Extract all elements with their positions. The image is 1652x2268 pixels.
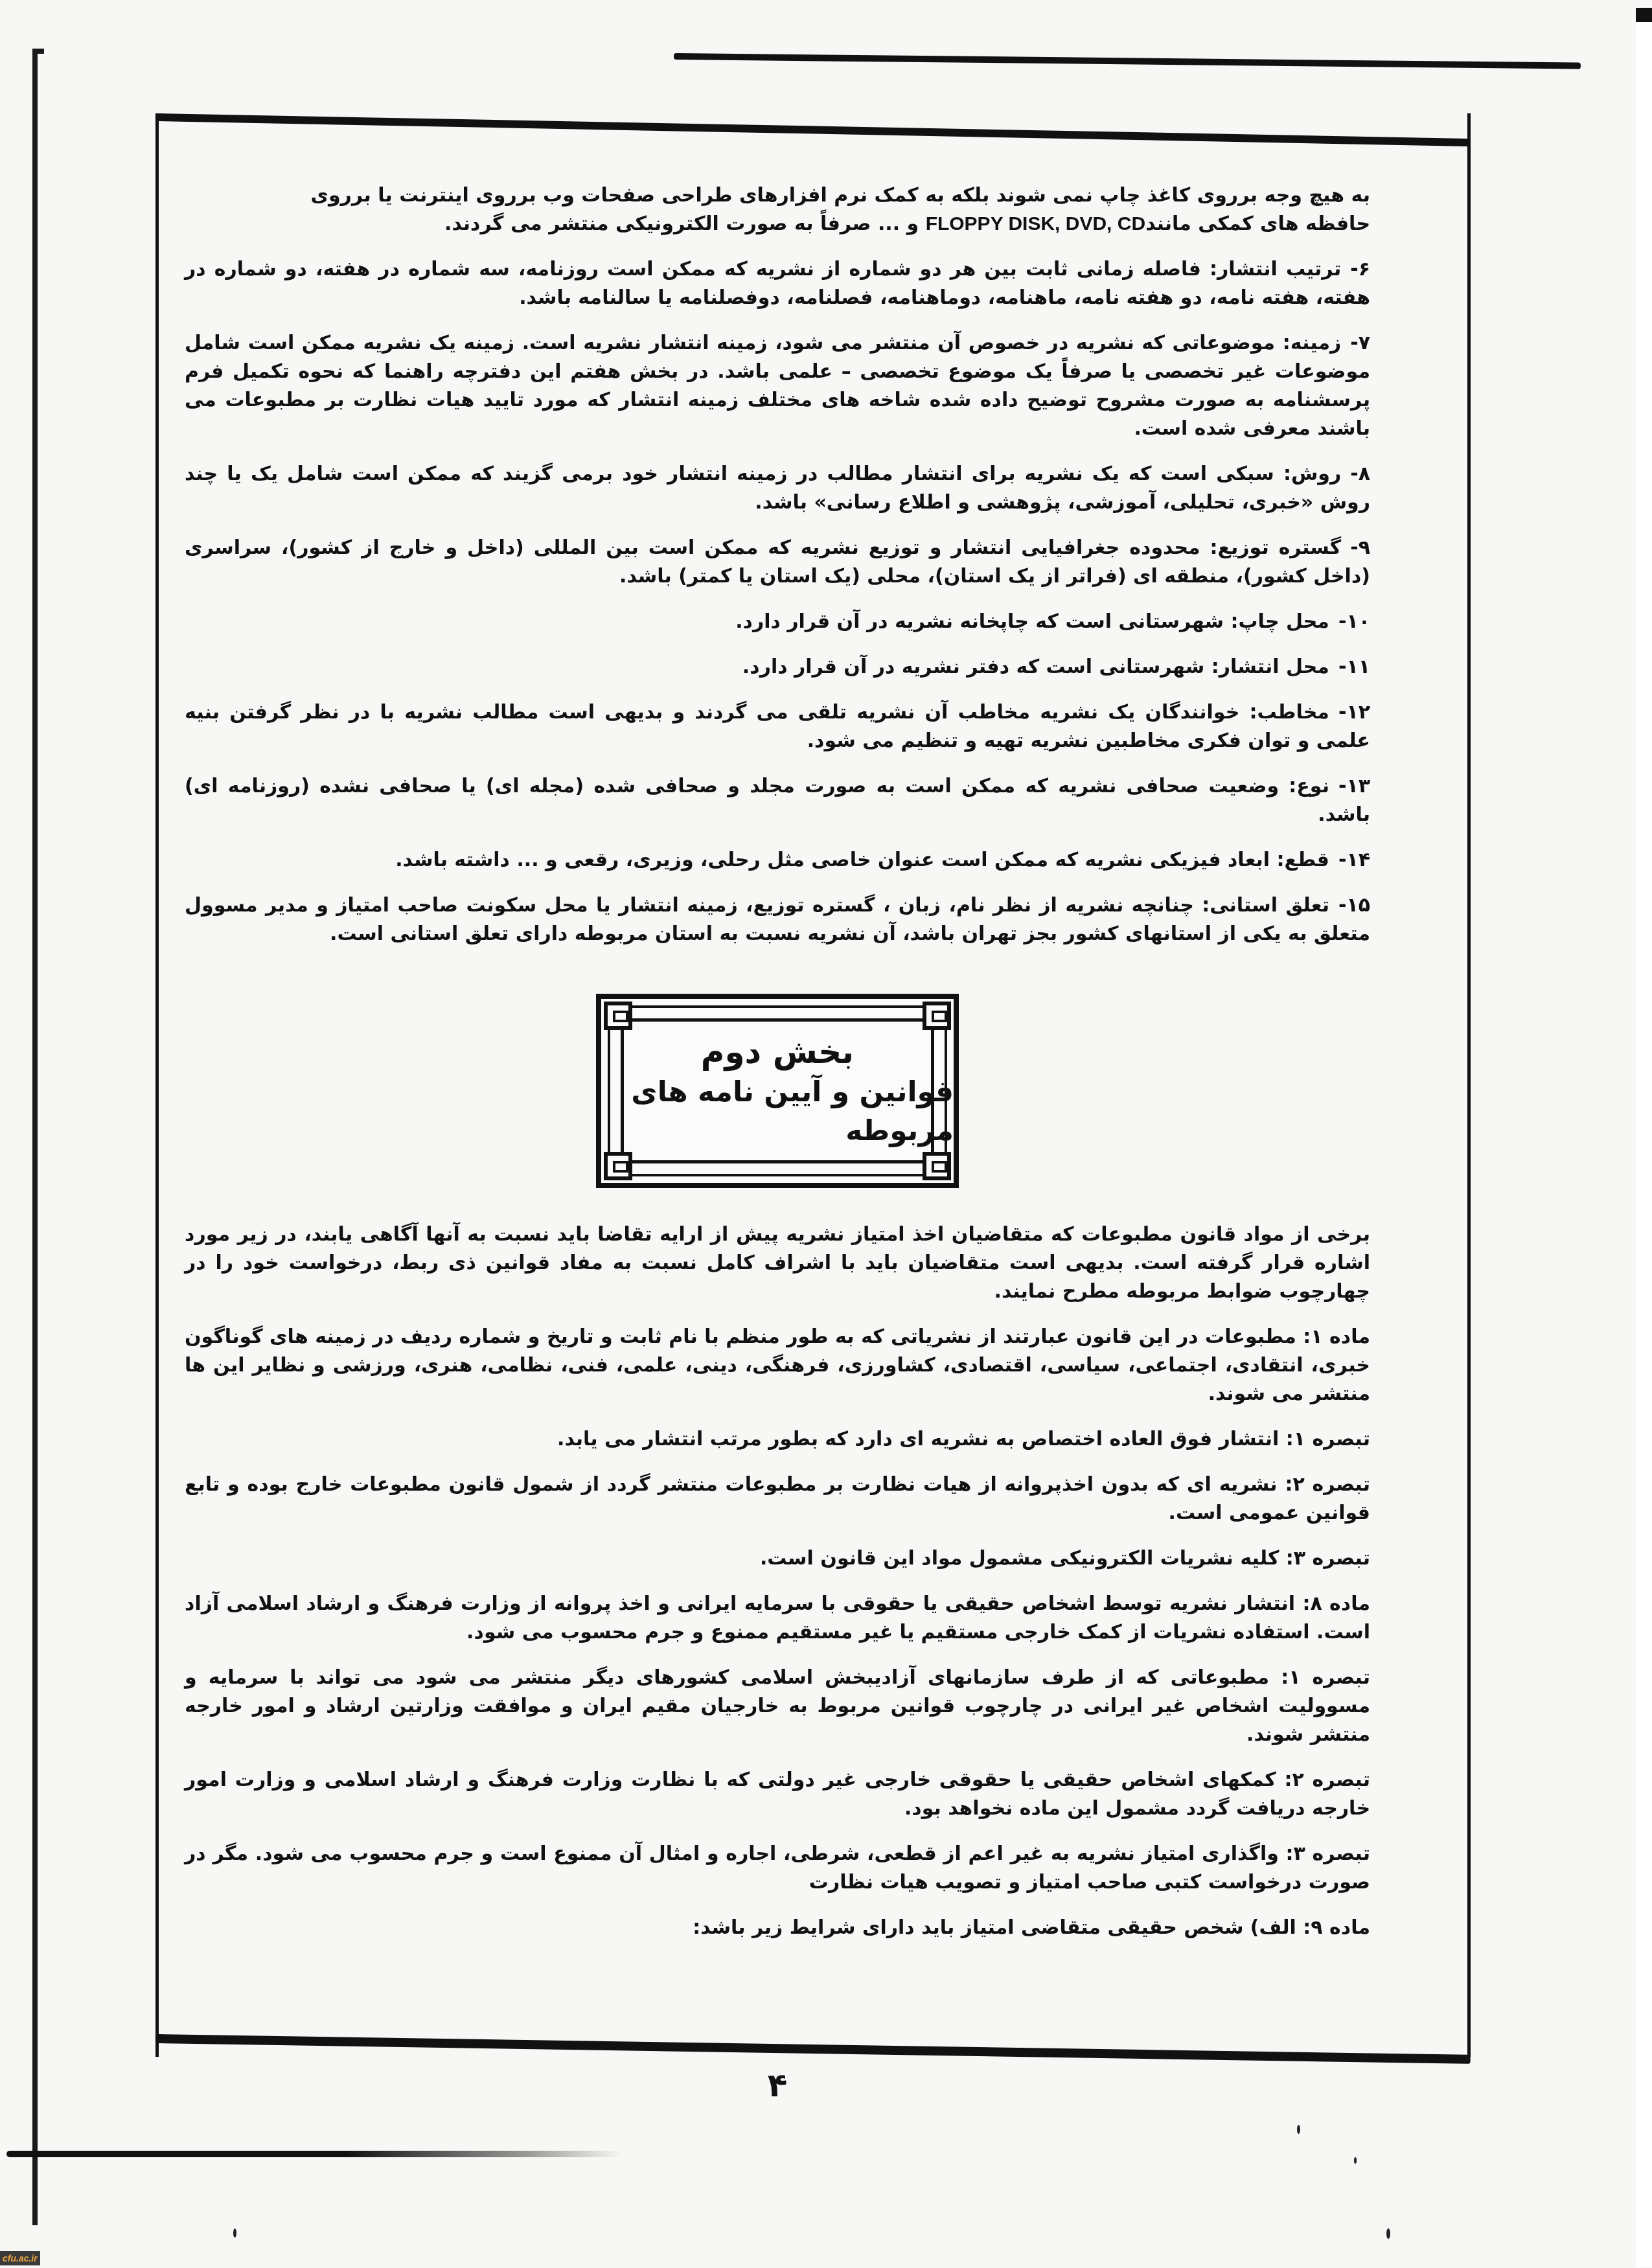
item-number: ۶-	[1350, 258, 1370, 281]
item-term: گستره توزیع:	[1210, 536, 1342, 559]
law-clause: تبصره ۳: واگذاری امتیاز نشریه به غیر اعم…	[185, 1840, 1370, 1897]
document-body: به هیچ وجه برروی کاغذ چاپ نمی شوند بلکه …	[185, 181, 1370, 1959]
item-number: ۸-	[1350, 463, 1370, 485]
item-term: قطع:	[1277, 849, 1329, 871]
item-term: مخاطب:	[1249, 701, 1329, 724]
clause-label: ماده ۸:	[1302, 1592, 1370, 1615]
clause-label: تبصره ۳:	[1286, 1547, 1370, 1570]
definition-item: ۷-زمینه: موضوعاتی که نشریه در خصوص آن من…	[185, 329, 1370, 443]
item-number: ۱۰-	[1338, 610, 1370, 633]
clause-text: انتشار نشریه توسط اشخاص حقیقی یا حقوقی ب…	[185, 1592, 1370, 1644]
intro-line-2-pre: حافظه های کمکی مانند	[1145, 212, 1370, 235]
law-clause: تبصره ۳: کلیه نشریات الکترونیکی مشمول مو…	[185, 1544, 1370, 1573]
bottom-rule-line	[6, 2151, 622, 2157]
item-text: چنانچه نشریه از نظر نام، زبان ، گستره تو…	[185, 894, 1370, 945]
definition-item: ۱۰-محل چاپ: شهرستانی است که چاپخانه نشری…	[185, 608, 1370, 636]
scan-left-edge-mark	[32, 49, 38, 2225]
item-term: نوع:	[1289, 775, 1329, 797]
clause-label: تبصره ۱:	[1286, 1428, 1370, 1450]
clause-text: مطبوعات در این قانون عبارتند از نشریاتی …	[185, 1325, 1370, 1405]
item-number: ۱۱-	[1338, 656, 1370, 678]
law-clause: ماده ۹: الف) شخص حقیقی متقاضی امتیاز بای…	[185, 1914, 1370, 1942]
scan-speck	[233, 2228, 236, 2238]
ornament-corner-icon	[604, 1002, 632, 1030]
item-term: روش:	[1283, 463, 1341, 485]
law-clause: تبصره ۱: انتشار فوق العاده اختصاص به نشر…	[185, 1425, 1370, 1454]
item-number: ۱۵-	[1338, 894, 1370, 917]
scan-speck	[1354, 2157, 1357, 2164]
item-text: فاصله زمانی ثابت بین هر دو شماره از نشری…	[185, 258, 1370, 309]
definition-item: ۱۳-نوع: وضعیت صحافی نشریه که ممکن است به…	[185, 772, 1370, 829]
item-text: محدوده جغرافیایی انتشار و توزیع نشریه که…	[185, 536, 1370, 588]
definition-item: ۱۵-تعلق استانی: چنانچه نشریه از نظر نام،…	[185, 891, 1370, 948]
definition-item: ۹-گستره توزیع: محدوده جغرافیایی انتشار و…	[185, 534, 1370, 591]
section-subtitle: قوانین و آیین نامه های مربوطه	[601, 1073, 954, 1151]
ornament-corner-icon	[604, 1152, 632, 1180]
law-clause: تبصره ۲: نشریه ای که بدون اخذپروانه از ه…	[185, 1471, 1370, 1528]
item-text: شهرستانی است که چاپخانه نشریه در آن قرار…	[735, 610, 1230, 633]
clause-label: تبصره ۱:	[1281, 1666, 1370, 1689]
intro-line-2-post: و ... صرفاً به صورت الکترونیکی منتشر می …	[444, 212, 926, 235]
clause-text: کمکهای اشخاص حقیقی یا حقوقی خارجی غیر دو…	[185, 1769, 1370, 1820]
clause-label: ماده ۱:	[1303, 1325, 1370, 1348]
item-number: ۷-	[1350, 332, 1370, 354]
item-text: موضوعاتی که نشریه در خصوص آن منتشر می شو…	[185, 332, 1370, 440]
scan-speck	[1297, 2125, 1300, 2134]
intro-line-2-media: FLOPPY DISK, DVD, CD	[926, 213, 1146, 235]
watermark-logo: cfu.ac.ir	[0, 2251, 40, 2265]
item-term: محل انتشار:	[1211, 656, 1329, 678]
clause-label: تبصره ۳:	[1286, 1842, 1370, 1865]
clause-label: تبصره ۲:	[1284, 1769, 1370, 1791]
item-number: ۹-	[1350, 536, 1370, 559]
law-clause: ماده ۸: انتشار نشریه توسط اشخاص حقیقی یا…	[185, 1590, 1370, 1647]
item-text: شهرستانی است که دفتر نشریه در آن قرار دا…	[742, 656, 1211, 678]
definition-item: ۱۴-قطع: ابعاد فیزیکی نشریه که ممکن است ع…	[185, 846, 1370, 875]
ornamental-section-heading-box: بخش دوم قوانین و آیین نامه های مربوطه	[596, 994, 959, 1188]
item-text: خوانندگان یک نشریه مخاطب آن نشریه تلقی م…	[185, 701, 1370, 752]
definition-item: ۶-ترتیب انتشار: فاصله زمانی ثابت بین هر …	[185, 255, 1370, 312]
clause-label: ماده ۹:	[1303, 1916, 1370, 1939]
item-term: محل چاپ:	[1230, 610, 1329, 633]
page-number: ۴	[758, 2067, 797, 2104]
section-title: بخش دوم	[701, 1031, 854, 1073]
item-text: سبکی است که یک نشریه برای انتشار مطالب د…	[185, 463, 1370, 514]
item-number: ۱۴-	[1338, 849, 1370, 871]
item-term: ترتیب انتشار:	[1210, 258, 1341, 281]
law-clause: ماده ۱: مطبوعات در این قانون عبارتند از …	[185, 1323, 1370, 1408]
item-text: وضعیت صحافی نشریه که ممکن است به صورت مج…	[185, 775, 1370, 826]
item-text: ابعاد فیزیکی نشریه که ممکن است عنوان خاص…	[395, 849, 1276, 871]
section-heading-container: بخش دوم قوانین و آیین نامه های مربوطه	[185, 994, 1370, 1188]
law-clause: تبصره ۱: مطبوعاتی که از طرف سازمانهای آز…	[185, 1664, 1370, 1749]
clause-text: کلیه نشریات الکترونیکی مشمول مواد این قا…	[760, 1547, 1286, 1570]
intro-line-1: به هیچ وجه برروی کاغذ چاپ نمی شوند بلکه …	[310, 184, 1370, 207]
clause-label: تبصره ۲:	[1285, 1473, 1370, 1496]
top-rule-line	[674, 53, 1581, 69]
scan-right-margin	[1636, 6, 1652, 2267]
ornament-corner-icon	[923, 1152, 951, 1180]
ornament-corner-icon	[923, 1002, 951, 1030]
clause-text: مطبوعاتی که از طرف سازمانهای آزادیبخش اس…	[185, 1666, 1370, 1746]
item-number: ۱۳-	[1338, 775, 1370, 797]
definition-item: ۱۱-محل انتشار: شهرستانی است که دفتر نشری…	[185, 653, 1370, 682]
scan-speck	[1386, 2228, 1390, 2239]
item-number: ۱۲-	[1338, 701, 1370, 724]
item-term: تعلق استانی:	[1202, 894, 1329, 917]
clause-text: واگذاری امتیاز نشریه به غیر اعم از قطعی،…	[185, 1842, 1370, 1894]
intro-continuation: به هیچ وجه برروی کاغذ چاپ نمی شوند بلکه …	[185, 181, 1370, 238]
clause-text: انتشار فوق العاده اختصاص به نشریه ای دار…	[557, 1428, 1286, 1450]
law-clause: تبصره ۲: کمکهای اشخاص حقیقی یا حقوقی خار…	[185, 1766, 1370, 1823]
section-intro: برخی از مواد قانون مطبوعات که متقاضیان ا…	[185, 1220, 1370, 1306]
clause-text: الف) شخص حقیقی متقاضی امتیاز باید دارای …	[693, 1916, 1303, 1939]
definition-item: ۱۲-مخاطب: خوانندگان یک نشریه مخاطب آن نش…	[185, 698, 1370, 755]
definition-item: ۸-روش: سبکی است که یک نشریه برای انتشار …	[185, 460, 1370, 517]
item-term: زمینه:	[1283, 332, 1342, 354]
clause-text: نشریه ای که بدون اخذپروانه از هیات نظارت…	[185, 1473, 1370, 1524]
